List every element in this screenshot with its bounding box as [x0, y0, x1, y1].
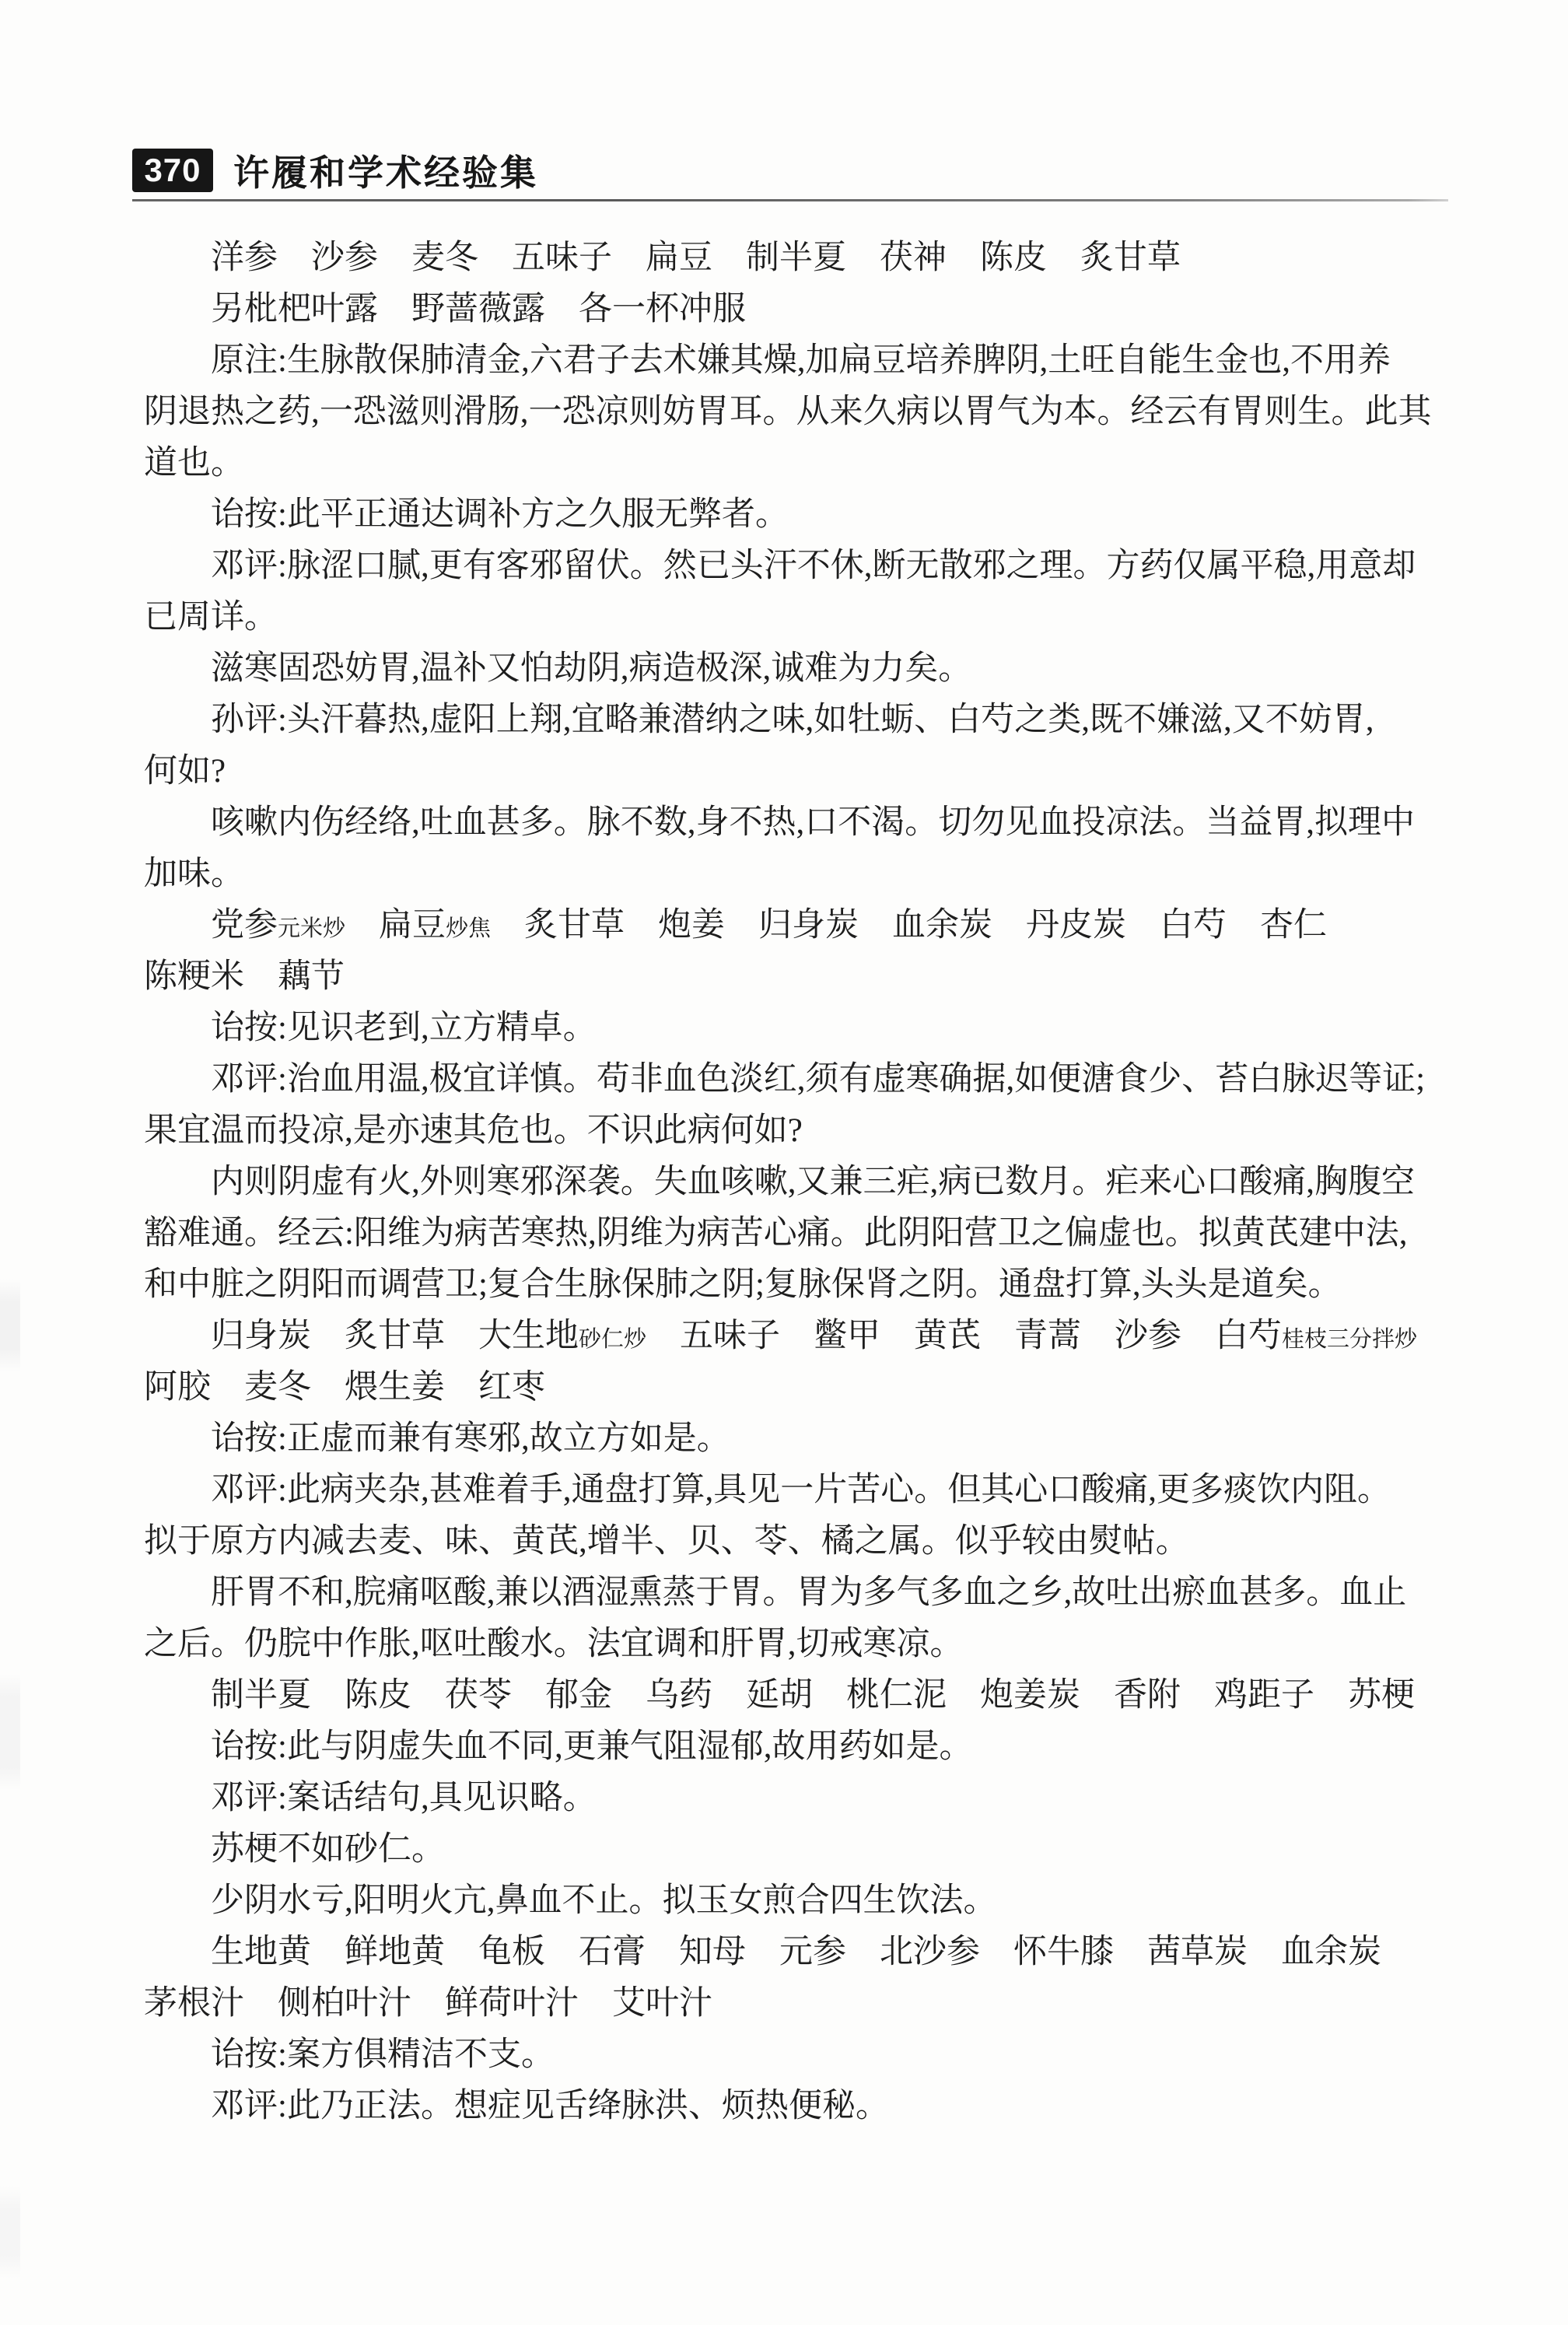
herb-annotation: 炒焦 — [446, 916, 491, 941]
text-segment: 邓评:案话结句,具见识略。 — [211, 1780, 597, 1816]
text-line: 果宜温而投凉,是亦速其危也。不识此病何如? — [144, 1105, 1497, 1157]
text-segment: 五味子 鳖甲 黄芪 青蒿 沙参 白芍 — [646, 1318, 1282, 1354]
text-line: 拟于原方内减去麦、味、黄芪,增半、贝、苓、橘之属。似乎较由熨帖。 — [144, 1516, 1497, 1567]
text-line: 孙评:头汗暮热,虚阳上翔,宜略兼潜纳之味,如牡蛎、白芍之类,既不嫌滋,又不妨胃, — [144, 695, 1497, 746]
text-segment: 苏梗不如砂仁。 — [211, 1831, 445, 1868]
text-line: 邓评:治血用温,极宜详慎。苟非血色淡红,须有虚寒确据,如便溏食少、苔白脉迟等证; — [144, 1054, 1497, 1105]
text-segment: 道也。 — [144, 445, 244, 481]
text-segment: 何如? — [144, 753, 226, 790]
text-line: 阴退热之药,一恐滋则滑肠,一恐凉则妨胃耳。从来久病以胃气为本。经云有胃则生。此其 — [144, 387, 1497, 438]
text-segment: 果宜温而投凉,是亦速其危也。不识此病何如? — [144, 1112, 803, 1149]
text-line: 豁难通。经云:阳维为病苦寒热,阴维为病苦心痛。此阴阳营卫之偏虚也。拟黄芪建中法, — [144, 1208, 1497, 1259]
text-segment: 孙评:头汗暮热,虚阳上翔,宜略兼潜纳之味,如牡蛎、白芍之类,既不嫌滋,又不妨胃, — [211, 702, 1374, 738]
herb-annotation: 砂仁炒 — [579, 1327, 646, 1352]
text-line: 肝胃不和,脘痛呕酸,兼以酒湿熏蒸于胃。胃为多气多血之乡,故吐出瘀血甚多。血止 — [144, 1567, 1497, 1619]
text-segment: 原注:生脉散保肺清金,六君子去术嫌其燥,加扁豆培养脾阴,土旺自能生金也,不用养 — [211, 342, 1391, 379]
text-line: 邓评:案话结句,具见识略。 — [144, 1773, 1497, 1824]
text-segment: 阴退热之药,一恐滋则滑肠,一恐凉则妨胃耳。从来久病以胃气为本。经云有胃则生。此其 — [144, 394, 1432, 430]
text-line: 之后。仍脘中作胀,呕吐酸水。法宜调和肝胃,切戒寒凉。 — [144, 1619, 1497, 1670]
text-line: 诒按:此与阴虚失血不同,更兼气阻湿郁,故用药如是。 — [144, 1721, 1497, 1773]
text-line: 苏梗不如砂仁。 — [144, 1824, 1497, 1875]
text-line: 陈粳米 藕节 — [144, 951, 1497, 1003]
text-segment: 已周详。 — [144, 599, 278, 636]
text-line: 生地黄 鲜地黄 龟板 石膏 知母 元参 北沙参 怀牛膝 茜草炭 血余炭 — [144, 1927, 1497, 1978]
text-line: 诒按:案方俱精洁不支。 — [144, 2029, 1497, 2081]
text-segment: 邓评:此病夹杂,甚难着手,通盘打算,具见一片苦心。但其心口酸痛,更多痰饮内阻。 — [211, 1472, 1391, 1508]
text-segment: 诒按:此平正通达调补方之久服无弊者。 — [211, 496, 789, 533]
text-line: 少阴水亏,阳明火亢,鼻血不止。拟玉女煎合四生饮法。 — [144, 1875, 1497, 1927]
text-segment: 陈粳米 藕节 — [144, 958, 345, 995]
header-divider — [132, 199, 1448, 201]
text-line: 已周详。 — [144, 592, 1497, 643]
text-line: 党参元米炒 扁豆炒焦 炙甘草 炮姜 归身炭 血余炭 丹皮炭 白芍 杏仁 — [144, 900, 1497, 951]
text-line: 阿胶 麦冬 煨生姜 红枣 — [144, 1362, 1497, 1413]
book-page: 370 许履和学术经验集 洋参 沙参 麦冬 五味子 扁豆 制半夏 茯神 陈皮 炙… — [0, 0, 1568, 2325]
text-segment: 诒按:此与阴虚失血不同,更兼气阻湿郁,故用药如是。 — [211, 1728, 972, 1765]
text-line: 邓评:脉涩口腻,更有客邪留伏。然已头汗不休,断无散邪之理。方药仅属平稳,用意却 — [144, 541, 1497, 592]
text-line: 滋寒固恐妨胃,温补又怕劫阴,病造极深,诚难为力矣。 — [144, 643, 1497, 695]
text-segment: 阿胶 麦冬 煨生姜 红枣 — [144, 1369, 545, 1406]
text-segment: 邓评:脉涩口腻,更有客邪留伏。然已头汗不休,断无散邪之理。方药仅属平稳,用意却 — [211, 548, 1416, 584]
text-line: 茅根汁 侧柏叶汁 鲜荷叶汁 艾叶汁 — [144, 1978, 1497, 2029]
page-number-badge: 370 — [132, 149, 213, 192]
text-segment: 和中脏之阴阳而调营卫;复合生脉保肺之阴;复脉保肾之阴。通盘打算,头头是道矣。 — [144, 1266, 1342, 1303]
text-segment: 另枇杷叶露 野蔷薇露 各一杯冲服 — [211, 291, 746, 327]
text-line: 诒按:此平正通达调补方之久服无弊者。 — [144, 489, 1497, 541]
text-segment: 咳嗽内伤经络,吐血甚多。脉不数,身不热,口不渴。切勿见血投凉法。当益胃,拟理中 — [211, 804, 1415, 841]
text-line: 制半夏 陈皮 茯苓 郁金 乌药 延胡 桃仁泥 炮姜炭 香附 鸡距子 苏梗 — [144, 1670, 1497, 1721]
text-segment: 诒按:案方俱精洁不支。 — [211, 2036, 555, 2073]
herb-annotation: 桂枝三分拌炒 — [1282, 1327, 1417, 1352]
text-segment: 加味。 — [144, 856, 244, 892]
text-segment: 茅根汁 侧柏叶汁 鲜荷叶汁 艾叶汁 — [144, 1985, 712, 2022]
book-title: 许履和学术经验集 — [233, 145, 538, 196]
text-line: 原注:生脉散保肺清金,六君子去术嫌其燥,加扁豆培养脾阴,土旺自能生金也,不用养 — [144, 335, 1497, 387]
text-segment: 制半夏 陈皮 茯苓 郁金 乌药 延胡 桃仁泥 炮姜炭 香附 鸡距子 苏梗 — [211, 1677, 1415, 1714]
page-body: 洋参 沙参 麦冬 五味子 扁豆 制半夏 茯神 陈皮 炙甘草另枇杷叶露 野蔷薇露 … — [144, 233, 1497, 2132]
text-line: 和中脏之阴阳而调营卫;复合生脉保肺之阴;复脉保肾之阴。通盘打算,头头是道矣。 — [144, 1259, 1497, 1311]
text-line: 加味。 — [144, 849, 1497, 900]
text-line: 内则阴虚有火,外则寒邪深袭。失血咳嗽,又兼三疟,病已数月。疟来心口酸痛,胸腹空 — [144, 1157, 1497, 1208]
text-segment: 少阴水亏,阳明火亢,鼻血不止。拟玉女煎合四生饮法。 — [211, 1882, 997, 1919]
text-line: 诒按:正虚而兼有寒邪,故立方如是。 — [144, 1413, 1497, 1465]
text-segment: 肝胃不和,脘痛呕酸,兼以酒湿熏蒸于胃。胃为多气多血之乡,故吐出瘀血甚多。血止 — [211, 1574, 1406, 1611]
text-line: 咳嗽内伤经络,吐血甚多。脉不数,身不热,口不渴。切勿见血投凉法。当益胃,拟理中 — [144, 797, 1497, 849]
text-segment: 拟于原方内减去麦、味、黄芪,增半、贝、苓、橘之属。似乎较由熨帖。 — [144, 1523, 1189, 1560]
text-segment: 扁豆 — [345, 907, 446, 944]
text-line: 道也。 — [144, 438, 1497, 489]
text-segment: 生地黄 鲜地黄 龟板 石膏 知母 元参 北沙参 怀牛膝 茜草炭 血余炭 — [211, 1934, 1381, 1970]
page-header: 370 许履和学术经验集 — [132, 145, 538, 196]
text-line: 诒按:见识老到,立方精卓。 — [144, 1003, 1497, 1054]
text-line: 另枇杷叶露 野蔷薇露 各一杯冲服 — [144, 284, 1497, 335]
text-segment: 滋寒固恐妨胃,温补又怕劫阴,病造极深,诚难为力矣。 — [211, 650, 971, 687]
text-segment: 党参 — [211, 907, 278, 944]
text-segment: 邓评:此乃正法。想症见舌绛脉洪、烦热便秘。 — [211, 2088, 889, 2124]
text-segment: 之后。仍脘中作胀,呕吐酸水。法宜调和肝胃,切戒寒凉。 — [144, 1626, 964, 1662]
text-line: 洋参 沙参 麦冬 五味子 扁豆 制半夏 茯神 陈皮 炙甘草 — [144, 233, 1497, 284]
text-segment: 邓评:治血用温,极宜详慎。苟非血色淡红,须有虚寒确据,如便溏食少、苔白脉迟等证; — [211, 1061, 1425, 1098]
text-line: 何如? — [144, 746, 1497, 797]
text-line: 归身炭 炙甘草 大生地砂仁炒 五味子 鳖甲 黄芪 青蒿 沙参 白芍桂枝三分拌炒 — [144, 1311, 1497, 1362]
text-line: 邓评:此病夹杂,甚难着手,通盘打算,具见一片苦心。但其心口酸痛,更多痰饮内阻。 — [144, 1465, 1497, 1516]
text-segment: 归身炭 炙甘草 大生地 — [211, 1318, 579, 1354]
scan-edge-artifact — [0, 0, 20, 2325]
text-segment: 炙甘草 炮姜 归身炭 血余炭 丹皮炭 白芍 杏仁 — [491, 907, 1327, 944]
herb-annotation: 元米炒 — [278, 916, 345, 941]
text-segment: 内则阴虚有火,外则寒邪深袭。失血咳嗽,又兼三疟,病已数月。疟来心口酸痛,胸腹空 — [211, 1164, 1415, 1200]
text-segment: 豁难通。经云:阳维为病苦寒热,阴维为病苦心痛。此阴阳营卫之偏虚也。拟黄芪建中法, — [144, 1215, 1407, 1252]
text-segment: 诒按:正虚而兼有寒邪,故立方如是。 — [211, 1420, 730, 1457]
text-segment: 洋参 沙参 麦冬 五味子 扁豆 制半夏 茯神 陈皮 炙甘草 — [211, 240, 1181, 276]
text-segment: 诒按:见识老到,立方精卓。 — [211, 1010, 597, 1046]
text-line: 邓评:此乃正法。想症见舌绛脉洪、烦热便秘。 — [144, 2081, 1497, 2132]
